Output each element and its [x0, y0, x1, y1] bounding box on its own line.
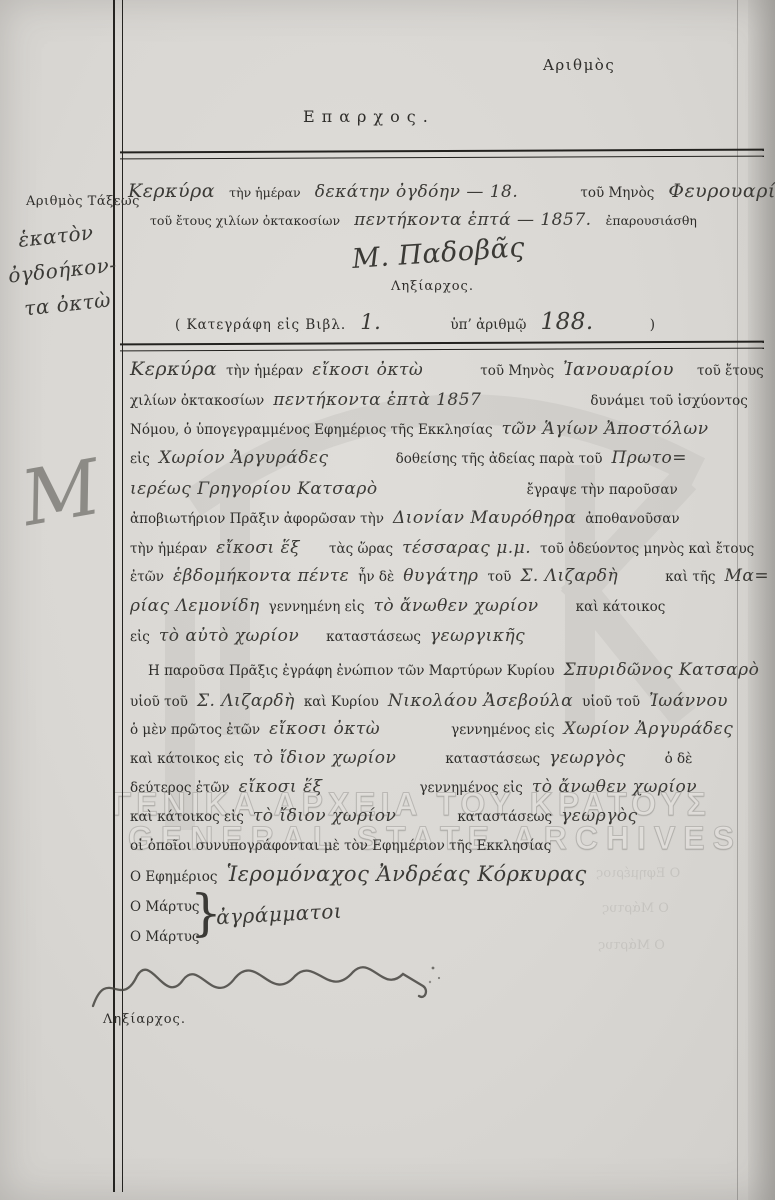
- handwritten-entry: τέσσαρας μ.μ.: [402, 538, 531, 558]
- handwritten-entry: Σπυριδῶνος Κατσαρὸ: [564, 660, 760, 680]
- handwritten-entry: Νικολάου Ἀσεβούλα: [388, 691, 573, 711]
- act-body-line: Ο ΕφημέριοςἹερομόναχος Ἀνδρέας Κόρκυρας: [130, 862, 596, 886]
- act-number-entry: 188.: [540, 309, 593, 335]
- printed-form-text: Νόμου, ὁ ὑπογεγραμμένος Εφημέριος τῆς Εκ…: [130, 422, 493, 438]
- printed-form-text: χιλίων ὀκτακοσίων: [130, 393, 264, 409]
- handwritten-entry: Ἱερομόναχος Ἀνδρέας Κόρκυρας: [226, 862, 586, 886]
- printed-form-text: εἰς: [130, 451, 150, 467]
- handwritten-entry: ιερέως Γρηγορίου Κατσαρὸ: [130, 479, 378, 499]
- printed-form-text: γεννημένος εἰς: [451, 722, 554, 738]
- registration-line-2: τοῦ ἔτους χιλίων ὀκτακοσίων πεντήκοντα ἑ…: [150, 210, 706, 230]
- handwritten-entry: Σ. Λιζαρδὴ: [520, 566, 618, 586]
- act-body-line: καὶ κάτοικος εἰςτὸ ἴδιον χωρίονκαταστάσε…: [130, 748, 701, 768]
- day-entry: δεκάτην ὀγδόην — 18.: [315, 182, 519, 202]
- handwritten-entry: εἴκοσι ἕξ: [216, 538, 300, 558]
- handwritten-entry: εἴκοσι ὀκτὼ: [312, 360, 423, 380]
- act-body-line: εἰςτὸ αὐτὸ χωρίονκαταστάσεωςγεωργικῆς: [130, 626, 534, 646]
- handwritten-entry: τὸ ἴδιον χωρίον: [253, 806, 396, 826]
- printed-form-text: δεύτερος ἐτῶν: [130, 780, 230, 796]
- printed-form-text: ὁ δὲ: [665, 751, 693, 767]
- handwritten-entry: Χωρίον Ἀργυράδες: [159, 448, 329, 468]
- bleedthrough-witness-label-1: Ο Μάρτυς: [602, 901, 669, 916]
- printed-form-text: καὶ τῆς: [665, 569, 715, 585]
- printed-form-text: δυνάμει τοῦ ἰσχύοντος: [590, 393, 748, 409]
- act-body-line: ἀποβιωτήριον Πρᾶξιν ἀφορῶσαν τὴνΔιονίαν …: [130, 508, 689, 528]
- handwritten-entry: τὸ αὐτὸ χωρίον: [159, 626, 299, 646]
- handwritten-entry: Σ. Λιζαρδὴ: [197, 691, 295, 711]
- printed-form-text: ἐτῶν: [130, 569, 164, 585]
- act-body-line: καὶ κάτοικος εἰςτὸ ἴδιον χωρίονκαταστάσε…: [130, 806, 647, 826]
- under-number-label: ὑπ’ ἀριθμῷ: [450, 317, 526, 333]
- act-body-line: ιερέως Γρηγορίου Κατσαρὸἔγραψε τὴν παροῦ…: [130, 479, 687, 499]
- printed-form-text: καὶ κάτοικος: [576, 599, 666, 615]
- book-entry-open: ( Κατεγράφη εἰς Βιβλ.: [175, 317, 346, 333]
- handwritten-entry: Χωρίον Ἀργυράδες: [564, 719, 734, 739]
- printed-form-text: τοῦ ὁδεύοντος μηνὸς καὶ ἔτους: [540, 541, 754, 557]
- registration-line-1: Κερκύρα τὴν ἡμέραν δεκάτην ὀγδόην — 18. …: [128, 180, 775, 202]
- year-label: τοῦ ἔτους χιλίων ὀκτακοσίων: [150, 213, 340, 228]
- act-body-line: χιλίων ὀκτακοσίωνπεντήκοντα ἑπτὰ 1857δυν…: [130, 390, 757, 410]
- printed-form-text: τὴν ἡμέραν: [226, 363, 303, 379]
- bleedthrough-witness-label-2: Ο Μάρτυς: [598, 938, 665, 953]
- handwritten-entry: Ἰανουαρίου: [563, 359, 674, 380]
- handwritten-entry: πεντήκοντα ἑπτὰ 1857: [273, 390, 481, 410]
- handwritten-entry: ἑβδομήκοντα πέντε: [173, 566, 349, 586]
- handwritten-entry: Κερκύρα: [130, 358, 217, 380]
- printed-form-text: καταστάσεως: [445, 751, 540, 767]
- presented-label: ἐπαρουσιάσθη: [606, 213, 697, 228]
- handwritten-entry: θυγάτηρ: [403, 566, 478, 586]
- number-label: Αριθμὸς: [543, 56, 615, 74]
- registrar-title-top: Ληξίαρχος.: [391, 279, 474, 294]
- handwritten-entry: Διονίαν Μαυρόθηρα: [393, 508, 576, 528]
- printed-form-text: ὁ μὲν πρῶτος ἐτῶν: [130, 722, 260, 738]
- act-body-line: Νόμου, ὁ ὑπογεγραμμένος Εφημέριος τῆς Εκ…: [130, 419, 718, 439]
- handwritten-entry: εἴκοσι ὀκτὼ: [269, 719, 380, 739]
- printed-form-text: οἱ ὁποῖοι συνυπογράφονται μὲ τὸν Εφημέρι…: [130, 838, 551, 854]
- handwritten-entry: γεωργικῆς: [430, 626, 525, 646]
- act-body-line: ὁ μὲν πρῶτος ἐτῶνεἴκοσι ὀκτὼγεννημένος ε…: [130, 719, 742, 739]
- eparch-label: Επαρχος.: [303, 107, 435, 126]
- printed-form-text: Η παροῦσα Πρᾶξις ἐγράφη ἐνώπιον τῶν Μαρτ…: [148, 663, 555, 679]
- registrar-title-bottom: Ληξίαρχος.: [103, 1012, 186, 1027]
- printed-form-text: τοῦ Μηνὸς: [480, 363, 554, 379]
- printed-form-text: καὶ κάτοικος εἰς: [130, 751, 244, 767]
- act-body-line: Κερκύρατὴν ἡμέρανεἴκοσι ὀκτὼτοῦ ΜηνὸςἸαν…: [130, 358, 773, 380]
- printed-form-text: καταστάσεως: [457, 809, 552, 825]
- order-number-words-1: ἑκατὸν: [17, 220, 95, 252]
- registration-place: Κερκύρα: [128, 180, 215, 202]
- printed-form-text: υἱοῦ τοῦ: [582, 694, 640, 710]
- printed-form-text: ἦν δὲ: [358, 569, 394, 585]
- handwritten-entry: ρίας Λεμονίδη: [130, 596, 260, 616]
- printed-form-text: τοῦ: [488, 569, 512, 585]
- printed-form-text: τὴν ἡμέραν: [130, 541, 207, 557]
- act-body-line: δεύτερος ἐτῶνεἴκοσι ἕξγεννημένος εἰςτὸ ἄ…: [130, 777, 706, 797]
- printed-form-text: ἀποβιωτήριον Πρᾶξιν ἀφορῶσαν τὴν: [130, 511, 384, 527]
- day-label: τὴν ἡμέραν: [229, 185, 300, 200]
- month-label: τοῦ Μηνὸς: [580, 185, 654, 201]
- handwritten-entry: εἴκοσι ἕξ: [239, 777, 323, 797]
- handwritten-entry: τὸ ἄνωθεν χωρίον: [532, 777, 697, 797]
- handwritten-entry: Μα=: [725, 566, 770, 586]
- book-number-entry: 1.: [360, 310, 381, 334]
- bleedthrough-priest-label: Ο Εφημέριος: [596, 866, 680, 881]
- illiterate-note: ἀγράμματοι: [215, 899, 342, 930]
- handwritten-entry: τῶν Ἁγίων Ἀποστόλων: [502, 419, 709, 439]
- printed-form-text: υἱοῦ τοῦ: [130, 694, 188, 710]
- act-body-line: εἰςΧωρίον Ἀργυράδεςδοθείσης τῆς ἀδείας π…: [130, 448, 696, 468]
- year-entry: πεντήκοντα ἑπτά — 1857.: [354, 210, 591, 230]
- printed-form-text: εἰς: [130, 629, 150, 645]
- printed-form-text: γεννημένος εἰς: [419, 780, 522, 796]
- scanned-death-record-page: ΓΕΝΙΚΑ ΑΡΧΕΙΑ ΤΟΥ ΚΡΑΤΟΥΣ GENERAL STATE …: [0, 0, 775, 1200]
- act-body-line: τὴν ἡμέρανεἴκοσι ἕξτὰς ὥραςτέσσαρας μ.μ.…: [130, 538, 763, 558]
- printed-form-text: τοῦ ἔτους: [697, 363, 764, 379]
- handwritten-entry: τὸ ἄνωθεν χωρίον: [373, 596, 538, 616]
- book-entry-line: ( Κατεγράφη εἰς Βιβλ. 1. ὑπ’ ἀριθμῷ 188.…: [175, 309, 664, 335]
- registrar-signature-flourish: [85, 948, 445, 1018]
- margin-pencil-initial: Μ: [15, 442, 108, 543]
- printed-form-text: ἀποθανοῦσαν: [585, 511, 679, 527]
- act-body-line: οἱ ὁποῖοι συνυπογράφονται μὲ τὸν Εφημέρι…: [130, 835, 560, 854]
- handwritten-entry: Ἰωάννου: [649, 691, 728, 711]
- order-number-label: Αριθμὸς Τάξεως: [26, 194, 140, 209]
- act-body-line: υἱοῦ τοῦΣ. Λιζαρδὴκαὶ ΚυρίουΝικολάου Ἀσε…: [130, 691, 737, 711]
- printed-form-text: ἔγραψε τὴν παροῦσαν: [527, 482, 678, 498]
- act-body-line: Η παροῦσα Πρᾶξις ἐγράφη ἐνώπιον τῶν Μαρτ…: [148, 660, 768, 680]
- handwritten-entry: Πρωτο=: [611, 448, 687, 468]
- act-body-line: ρίας Λεμονίδηγεννημένη εἰςτὸ ἄνωθεν χωρί…: [130, 596, 674, 616]
- handwritten-entry: γεωργὸς: [561, 806, 638, 826]
- printed-form-text: καὶ Κυρίου: [304, 694, 379, 710]
- book-entry-close: ): [650, 317, 655, 333]
- handwritten-entry: γεωργὸς: [549, 748, 626, 768]
- act-body-line: ἐτῶνἑβδομήκοντα πέντεἦν δὲθυγάτηρτοῦΣ. Λ…: [130, 566, 775, 586]
- registrar-signature: Μ. Παδοβᾶς: [351, 232, 526, 275]
- month-entry: Φευρουαρίου: [668, 180, 775, 202]
- printed-form-text: καὶ κάτοικος εἰς: [130, 809, 244, 825]
- order-number-words-3: τα ὀκτὼ: [23, 288, 112, 321]
- printed-form-text: καταστάσεως: [326, 629, 421, 645]
- order-number-words-2: ὀγδοήκον-: [7, 252, 118, 287]
- printed-form-text: Ο Εφημέριος: [130, 869, 217, 885]
- printed-form-text: δοθείσης τῆς ἀδείας παρὰ τοῦ: [396, 451, 603, 467]
- handwritten-entry: τὸ ἴδιον χωρίον: [253, 748, 396, 768]
- printed-form-text: τὰς ὥρας: [329, 541, 393, 557]
- printed-form-text: γεννημένη εἰς: [269, 599, 365, 615]
- top-divider-rule: [120, 149, 764, 160]
